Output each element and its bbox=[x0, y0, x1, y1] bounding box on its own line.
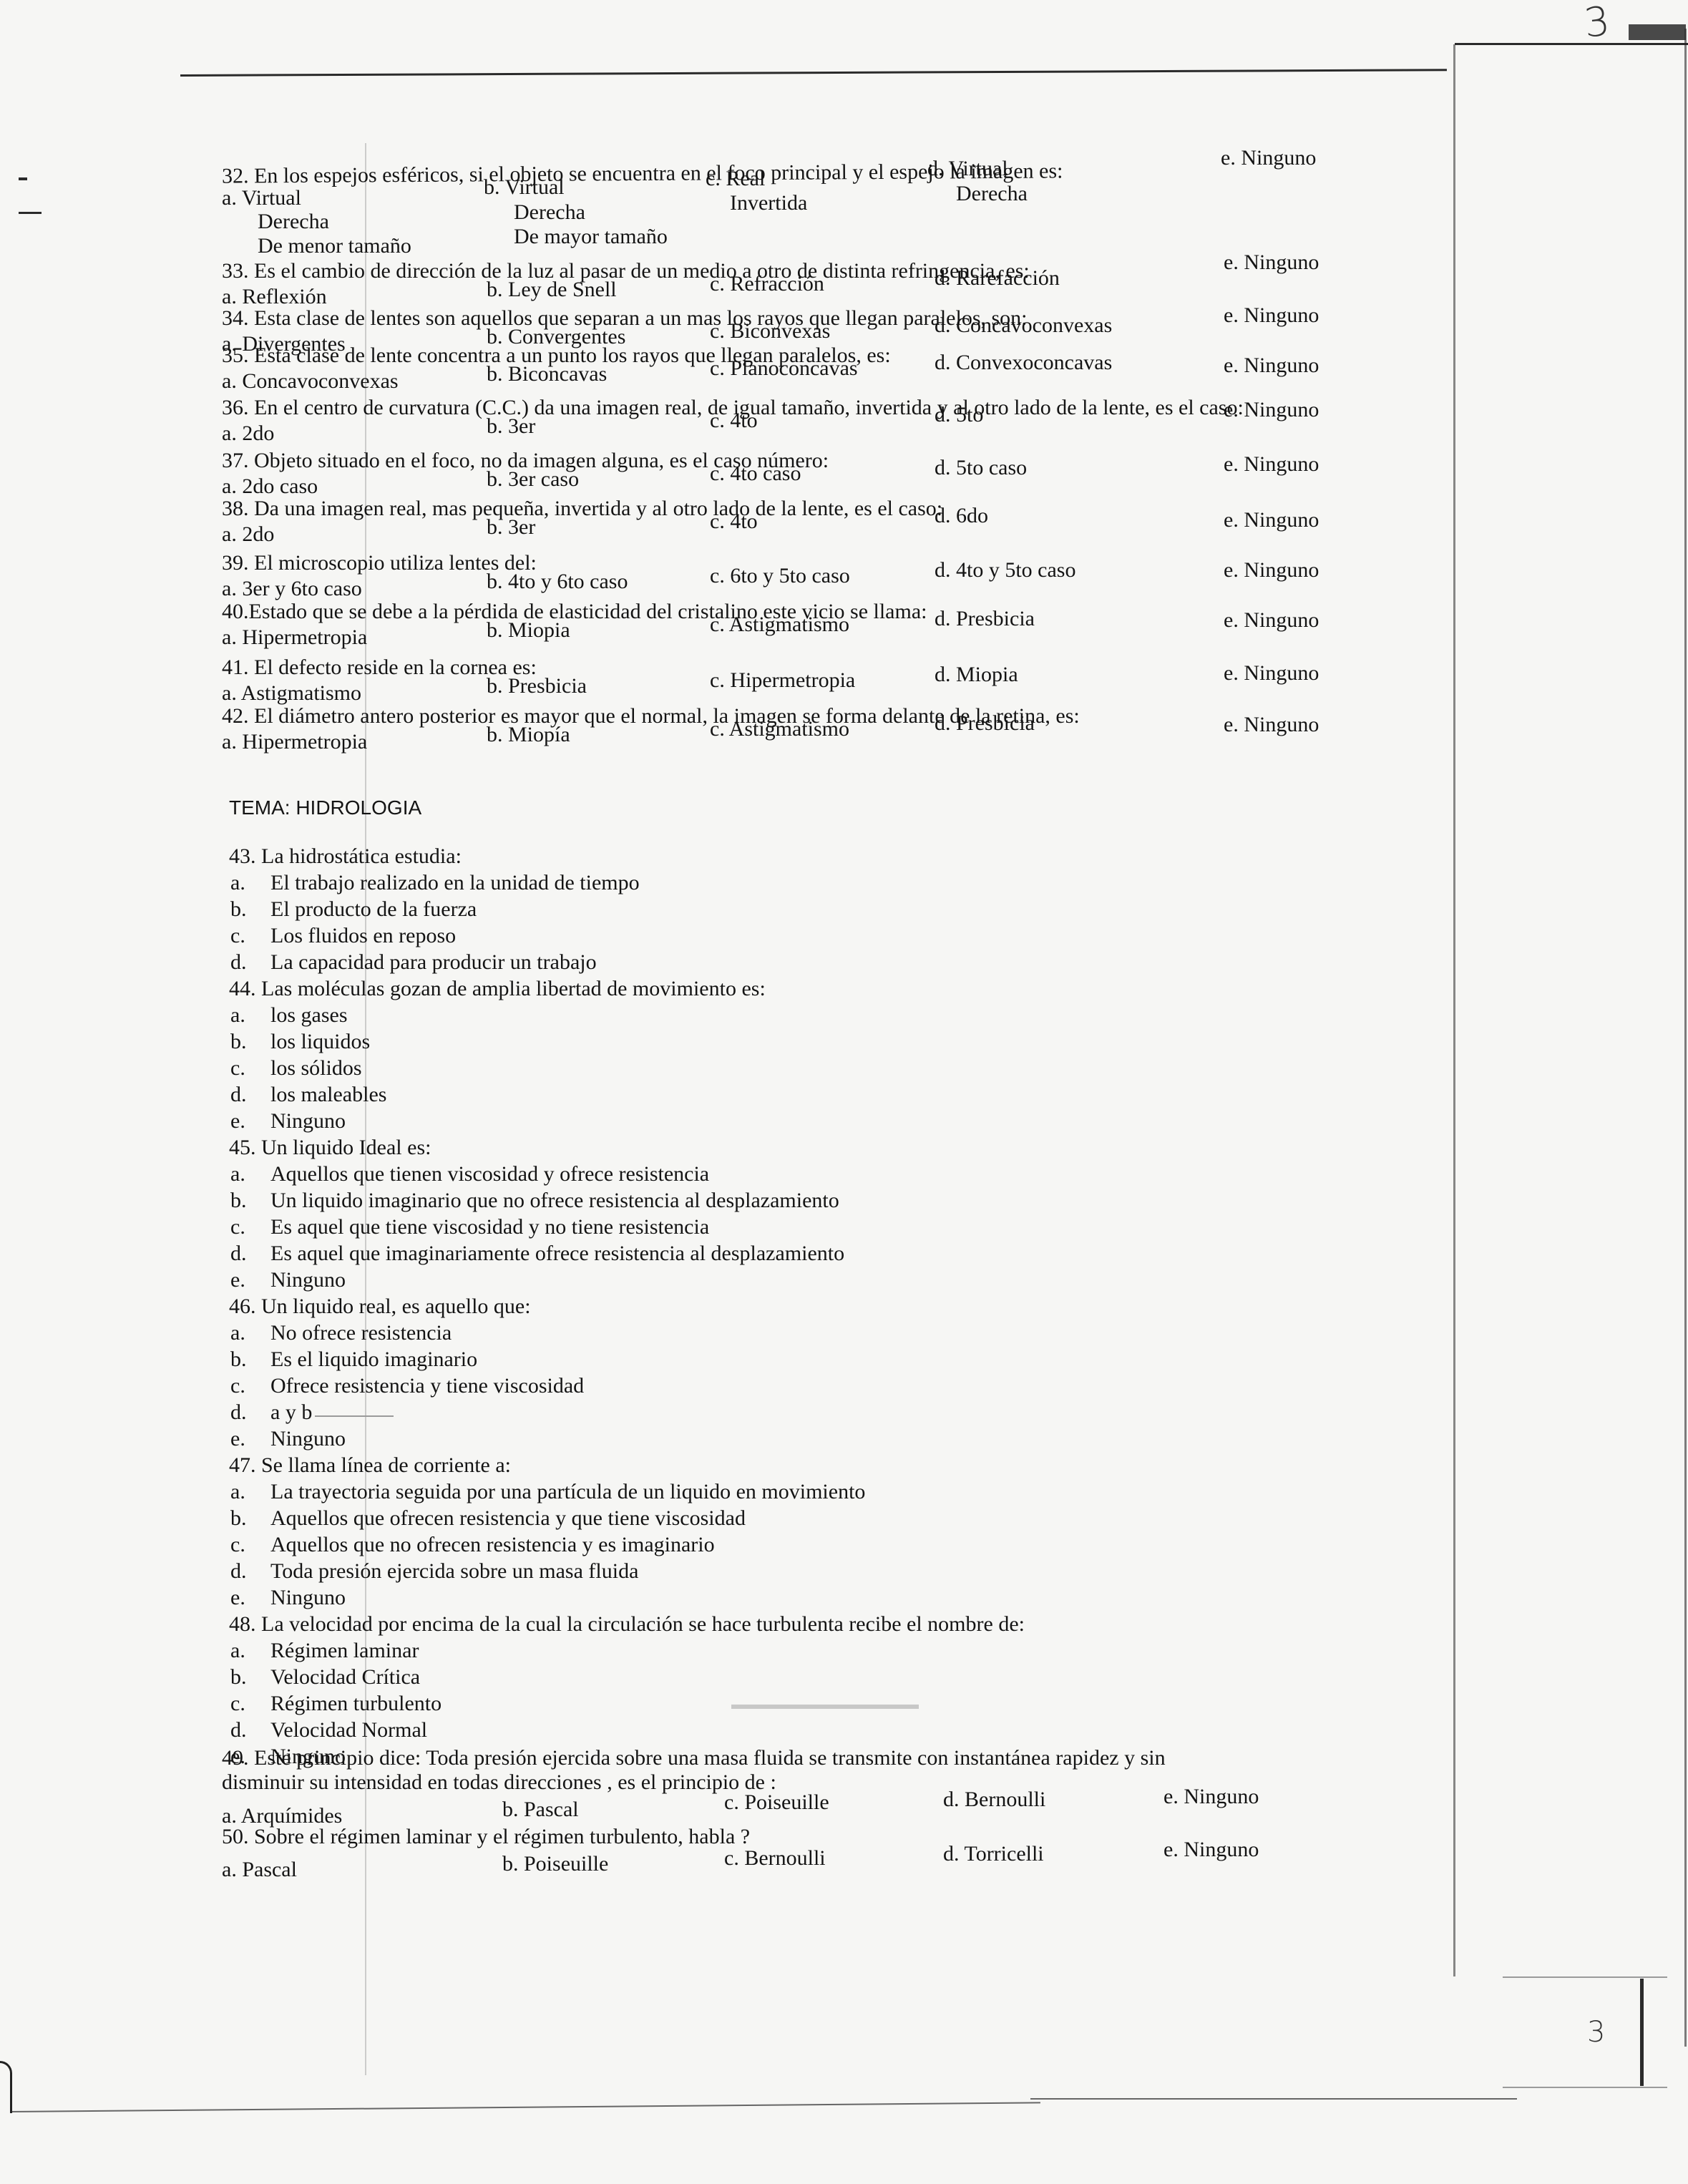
q43-option-c: Los fluidos en reposo bbox=[270, 924, 456, 948]
q42-option-c: c. Astigmatismo bbox=[710, 717, 849, 741]
q32-option-a-line3: De menor tamaño bbox=[258, 234, 411, 258]
bottom-left-curve bbox=[0, 2061, 12, 2113]
q45-option-letter: b. bbox=[230, 1189, 247, 1213]
q47-option-letter: c. bbox=[230, 1533, 245, 1557]
q39-option-a: a. 3er y 6to caso bbox=[222, 577, 362, 601]
q46-option-b: Es el liquido imaginario bbox=[270, 1347, 477, 1372]
q41-option-a: a. Astigmatismo bbox=[222, 681, 361, 706]
q35-option-b: b. Biconcavas bbox=[487, 362, 607, 386]
q32-option-c: c. Real bbox=[706, 167, 765, 191]
q43-option-d: La capacidad para producir un trabajo bbox=[270, 950, 597, 975]
q40-option-d: d. Presbicia bbox=[935, 607, 1035, 631]
q33-option-c: c. Refracción bbox=[710, 272, 824, 296]
q37-option-d: d. 5to caso bbox=[935, 456, 1027, 480]
q36-option-a: a. 2do bbox=[222, 421, 274, 446]
q33-option-e: e. Ninguno bbox=[1224, 250, 1319, 275]
q34-option-e: e. Ninguno bbox=[1224, 303, 1319, 328]
bottom-right-bracket bbox=[1640, 1979, 1644, 2086]
q38-option-d: d. 6do bbox=[935, 504, 988, 528]
q32-option-a: a. Virtual bbox=[222, 186, 301, 210]
q45-option-d: Es aquel que imaginariamente ofrece resi… bbox=[270, 1242, 844, 1266]
left-edge-mark bbox=[19, 177, 27, 180]
q47-option-letter: e. bbox=[230, 1586, 245, 1610]
q50-option-d: d. Torricelli bbox=[943, 1842, 1044, 1866]
q35-option-e: e. Ninguno bbox=[1224, 354, 1319, 378]
q32-option-b-line2: Derecha bbox=[514, 200, 585, 225]
q45-option-letter: c. bbox=[230, 1215, 245, 1239]
q45-option-a: Aquellos que tienen viscosidad y ofrece … bbox=[270, 1162, 709, 1186]
q44-option-e: Ninguno bbox=[270, 1109, 346, 1134]
q50-option-c: c. Bernoulli bbox=[724, 1846, 826, 1871]
q46-option-letter: a. bbox=[230, 1321, 245, 1345]
page-number-bottom: 3 bbox=[1587, 2017, 1605, 2048]
q50-option-e: e. Ninguno bbox=[1163, 1838, 1259, 1862]
q44-option-letter: d. bbox=[230, 1083, 247, 1107]
q33-option-d: d. Rarefacción bbox=[935, 266, 1060, 291]
q42-option-d: d. Presbicia bbox=[935, 711, 1035, 736]
top-right-border-line bbox=[1455, 43, 1688, 45]
q38-option-c: c. 4to bbox=[710, 510, 758, 534]
q35-option-d: d. Convexoconcavas bbox=[935, 351, 1112, 375]
q38-option-a: a. 2do bbox=[222, 522, 274, 547]
q49-option-e: e. Ninguno bbox=[1163, 1785, 1259, 1809]
bottom-border-line-right bbox=[1030, 2098, 1517, 2100]
q42-option-a: a. Hipermetropia bbox=[222, 730, 367, 754]
q43-option-letter: d. bbox=[230, 950, 247, 975]
q36-option-e: e. Ninguno bbox=[1224, 398, 1319, 422]
question-49-line1: 49. Este principio dice: Toda presión ej… bbox=[222, 1746, 1166, 1770]
question-50: 50. Sobre el régimen laminar y el régime… bbox=[222, 1825, 750, 1849]
q36-option-b: b. 3er bbox=[487, 414, 535, 439]
question-47: 47. Se llama línea de corriente a: bbox=[229, 1453, 511, 1478]
bottom-right-bracket-bottom bbox=[1503, 2087, 1667, 2088]
q41-option-d: d. Miopia bbox=[935, 663, 1018, 687]
q42-option-b: b. Miopía bbox=[487, 723, 570, 747]
q44-option-letter: a. bbox=[230, 1003, 245, 1028]
q45-option-b: Un liquido imaginario que no ofrece resi… bbox=[270, 1189, 839, 1213]
q44-option-a: los gases bbox=[270, 1003, 348, 1028]
q39-option-c: c. 6to y 5to caso bbox=[710, 564, 850, 588]
question-43: 43. La hidrostática estudia: bbox=[229, 844, 462, 869]
q48-option-letter: d. bbox=[230, 1718, 247, 1742]
q32-option-d-line2: Derecha bbox=[956, 182, 1028, 206]
q44-option-letter: c. bbox=[230, 1056, 245, 1081]
q43-option-letter: a. bbox=[230, 871, 245, 895]
q49-option-d: d. Bernoulli bbox=[943, 1788, 1045, 1812]
q47-option-c: Aquellos que no ofrecen resistencia y es… bbox=[270, 1533, 715, 1557]
bottom-right-bracket-top bbox=[1503, 1976, 1667, 1978]
q45-option-e: Ninguno bbox=[270, 1268, 346, 1292]
q34-option-d: d. Concavoconvexas bbox=[935, 313, 1112, 338]
q43-option-letter: c. bbox=[230, 924, 245, 948]
q48-option-letter: a. bbox=[230, 1639, 245, 1663]
q48-option-b: Velocidad Crítica bbox=[270, 1665, 420, 1690]
q44-option-b: los liquidos bbox=[270, 1030, 370, 1054]
q40-option-a: a. Hipermetropia bbox=[222, 625, 367, 650]
right-vertical-rule bbox=[1453, 44, 1455, 1976]
q48-option-letter: b. bbox=[230, 1665, 247, 1690]
q39-option-b: b. 4to y 6to caso bbox=[487, 570, 628, 594]
q39-option-d: d. 4to y 5to caso bbox=[935, 558, 1075, 582]
q46-option-d: a y b bbox=[270, 1400, 312, 1425]
q48-option-c: Régimen turbulento bbox=[270, 1692, 441, 1716]
question-33: 33. Es el cambio de dirección de la luz … bbox=[222, 259, 1030, 283]
q41-option-c: c. Hipermetropia bbox=[710, 668, 855, 693]
q44-option-letter: b. bbox=[230, 1030, 247, 1054]
q50-option-a: a. Pascal bbox=[222, 1858, 297, 1882]
q49-option-b: b. Pascal bbox=[502, 1798, 579, 1822]
underline-mark bbox=[315, 1415, 394, 1417]
q32-option-e: e. Ninguno bbox=[1221, 146, 1316, 170]
q41-option-b: b. Presbicia bbox=[487, 674, 587, 698]
q46-option-letter: d. bbox=[230, 1400, 247, 1425]
question-46: 46. Un liquido real, es aquello que: bbox=[229, 1295, 531, 1319]
q47-option-e: Ninguno bbox=[270, 1586, 346, 1610]
q46-option-letter: c. bbox=[230, 1374, 245, 1398]
q46-option-letter: e. bbox=[230, 1427, 245, 1451]
q40-option-e: e. Ninguno bbox=[1224, 608, 1319, 633]
q45-option-letter: d. bbox=[230, 1242, 247, 1266]
question-49-line2: disminuir su intensidad en todas direcci… bbox=[222, 1770, 776, 1795]
q32-option-c-line2: Invertida bbox=[730, 191, 807, 215]
q48-option-d: Velocidad Normal bbox=[270, 1718, 427, 1742]
q47-option-letter: a. bbox=[230, 1480, 245, 1504]
question-48: 48. La velocidad por encima de la cual l… bbox=[229, 1612, 1025, 1637]
q48-option-a: Régimen laminar bbox=[270, 1639, 419, 1663]
q46-option-a: No ofrece resistencia bbox=[270, 1321, 452, 1345]
q32-option-b: b. Virtual bbox=[484, 175, 565, 200]
q33-option-a: a. Reflexión bbox=[222, 285, 327, 309]
q40-option-b: b. Miopia bbox=[487, 618, 570, 643]
q35-option-a: a. Concavoconvexas bbox=[222, 369, 399, 394]
q44-option-c: los sólidos bbox=[270, 1056, 362, 1081]
left-edge-mark-2 bbox=[19, 212, 42, 214]
q36-option-d: d. 5to bbox=[935, 403, 983, 427]
q37-option-b: b. 3er caso bbox=[487, 467, 579, 492]
q44-option-d: los maleables bbox=[270, 1083, 386, 1107]
section-title: TEMA: HIDROLOGIA bbox=[229, 796, 421, 820]
q32-option-d: d. Virtual bbox=[927, 157, 1008, 181]
q41-option-e: e. Ninguno bbox=[1224, 661, 1319, 686]
bottom-border-line bbox=[10, 2102, 1040, 2112]
q43-option-a: El trabajo realizado en la unidad de tie… bbox=[270, 871, 640, 895]
q49-option-c: c. Poiseuille bbox=[724, 1790, 829, 1815]
q36-option-c: c. 4to bbox=[710, 409, 758, 433]
q45-option-c: Es aquel que tiene viscosidad y no tiene… bbox=[270, 1215, 709, 1239]
q46-option-e: Ninguno bbox=[270, 1427, 346, 1451]
q44-option-letter: e. bbox=[230, 1109, 245, 1134]
q33-option-b: b. Ley de Snell bbox=[487, 278, 617, 302]
page-number-top: 3 bbox=[1582, 0, 1612, 45]
q47-option-a: La trayectoria seguida por una partícula… bbox=[270, 1480, 865, 1504]
corner-tab-mark bbox=[1629, 24, 1686, 40]
q43-option-b: El producto de la fuerza bbox=[270, 897, 477, 922]
question-38: 38. Da una imagen real, mas pequeña, inv… bbox=[222, 497, 942, 521]
q47-option-letter: b. bbox=[230, 1506, 247, 1531]
q47-option-b: Aquellos que ofrecen resistencia y que t… bbox=[270, 1506, 746, 1531]
q39-option-e: e. Ninguno bbox=[1224, 558, 1319, 582]
q45-option-letter: e. bbox=[230, 1268, 245, 1292]
q37-option-e: e. Ninguno bbox=[1224, 452, 1319, 477]
q32-option-b-line3: De mayor tamaño bbox=[514, 225, 668, 249]
q46-option-c: Ofrece resistencia y tiene viscosidad bbox=[270, 1374, 584, 1398]
q38-option-b: b. 3er bbox=[487, 515, 535, 540]
question-45: 45. Un liquido Ideal es: bbox=[229, 1136, 431, 1160]
q47-option-letter: d. bbox=[230, 1559, 247, 1584]
scan-smudge bbox=[731, 1705, 919, 1709]
q42-option-e: e. Ninguno bbox=[1224, 713, 1319, 737]
question-44: 44. Las moléculas gozan de amplia libert… bbox=[229, 977, 766, 1001]
q35-option-c: c. Planoconcavas bbox=[710, 356, 858, 381]
q40-option-c: c. Astigmatismo bbox=[710, 613, 849, 637]
q47-option-d: Toda presión ejercida sobre un masa flui… bbox=[270, 1559, 638, 1584]
right-edge-rule bbox=[1684, 29, 1687, 2047]
q46-option-letter: b. bbox=[230, 1347, 247, 1372]
q34-option-c: c. Biconvexas bbox=[710, 319, 830, 343]
q38-option-e: e. Ninguno bbox=[1224, 508, 1319, 532]
q45-option-letter: a. bbox=[230, 1162, 245, 1186]
q37-option-a: a. 2do caso bbox=[222, 474, 318, 499]
q37-option-c: c. 4to caso bbox=[710, 462, 801, 486]
q43-option-letter: b. bbox=[230, 897, 247, 922]
q48-option-letter: c. bbox=[230, 1692, 245, 1716]
q32-option-a-line2: Derecha bbox=[258, 210, 329, 234]
q50-option-b: b. Poiseuille bbox=[502, 1852, 608, 1876]
top-border-line bbox=[180, 69, 1447, 77]
